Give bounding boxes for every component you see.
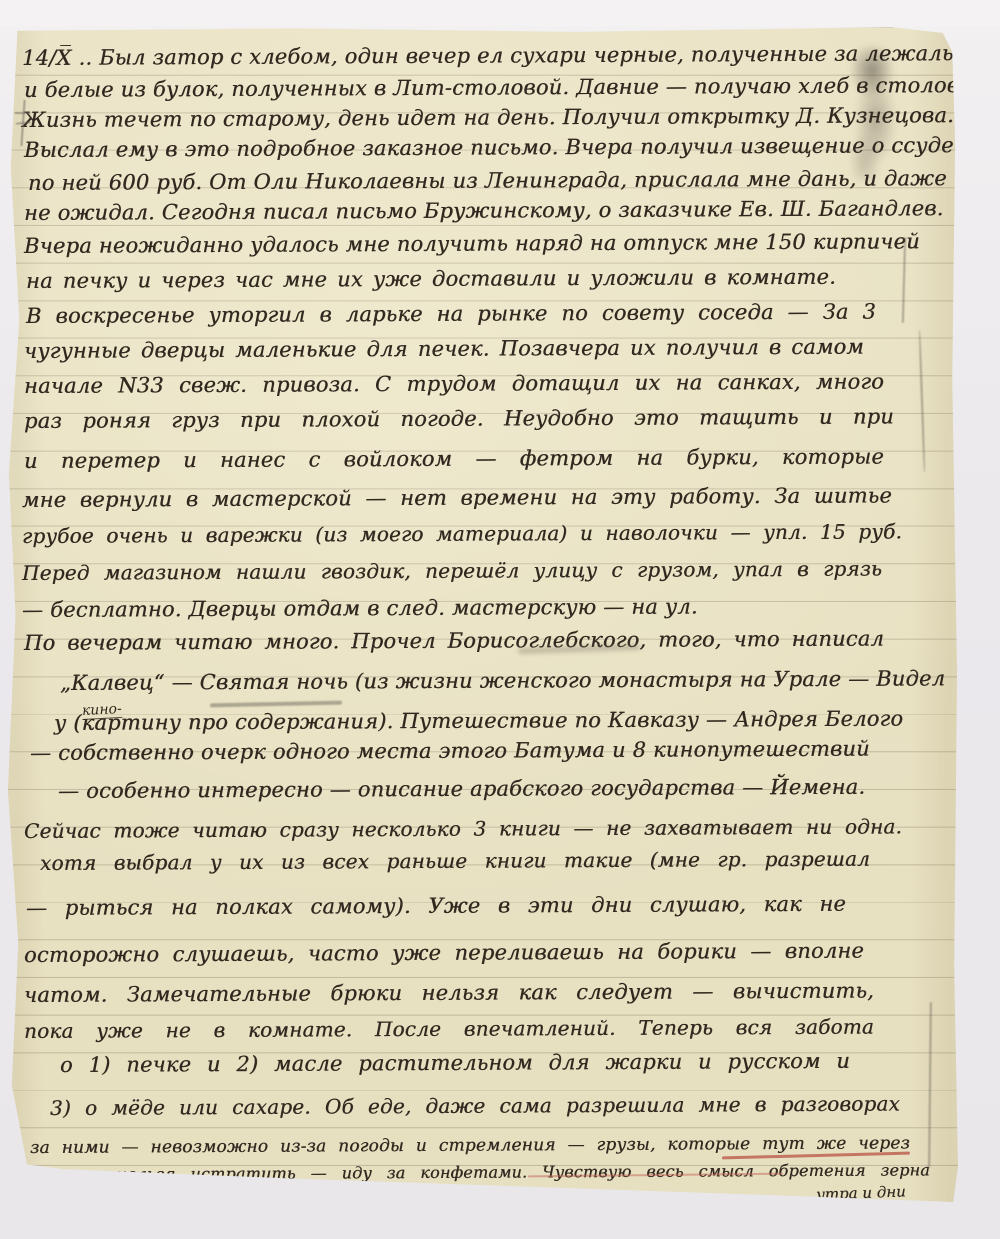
handwritten-line: раз роняя груз при плохой погоде. Неудоб…: [24, 404, 894, 433]
margin-pencil-line-icon: [928, 1002, 932, 1168]
margin-pencil-line-icon: [919, 330, 926, 472]
handwritten-line: не ожидал. Сегодня писал письмо Бружинск…: [24, 196, 886, 225]
handwritten-line: Сейчас тоже читаю сразу несколько 3 книг…: [24, 814, 902, 843]
handwritten-line: 14/X̅ .. Был затор с хлебом, один вечер …: [22, 41, 894, 70]
handwritten-line: на печку и через час мне их уже доставил…: [26, 265, 836, 293]
scanned-diary-page: { "doc": { "kind": "handwritten diary pa…: [0, 0, 1000, 1239]
handwritten-line: осторожно слушаешь, часто уже переливаеш…: [24, 939, 864, 967]
handwritten-line: мне вернули в мастерской — нет времени н…: [22, 483, 892, 512]
handwritten-line: чугунные дверцы маленькие для печек. Поз…: [24, 335, 864, 363]
handwritten-line: по ней 600 руб. От Оли Николаевны из Лен…: [28, 167, 878, 195]
handwritten-line: — рыться на полках самому). Уже в эти дн…: [26, 892, 846, 920]
handwritten-line: пока уже не в комнате. После впечатлений…: [24, 1015, 874, 1043]
handwritten-line: Выслал ему в это подробное заказное пись…: [24, 133, 886, 162]
handwritten-line: — собственно очерк одного места этого Ба…: [30, 737, 860, 765]
handwritten-line: Жизнь течет по старому, день идет на ден…: [22, 103, 902, 132]
handwritten-line: начале N33 свеж. привоза. С трудом дотащ…: [24, 369, 884, 398]
scanner-background-strip: [0, 0, 1000, 26]
handwritten-line: — особенно интересно — описание арабског…: [58, 775, 758, 803]
handwritten-line: грубое очень и варежки (из моего материа…: [22, 519, 902, 548]
handwritten-line: и перетер и нанес с войлоком — фетром на…: [24, 444, 884, 473]
handwritten-line: В воскресенье уторгил в ларьке на рынке …: [26, 300, 876, 328]
handwritten-line: Перед магазином нашли гвоздик, перешёл у…: [22, 556, 882, 585]
pencil-underline: [210, 701, 342, 708]
diary-paper-sheet: 14/X̅ .. Был затор с хлебом, один вечер …: [6, 26, 958, 1202]
handwritten-line: По вечерам читаю много. Прочел Борисогле…: [24, 626, 884, 655]
handwritten-line: и белые из булок, полученных в Лит-столо…: [24, 74, 824, 102]
handwritten-line: у (картину про содержания). Путешествие …: [54, 707, 894, 735]
ink-smear: [836, 46, 908, 181]
handwritten-line: хотя выбрал у их из всех раньше книги та…: [40, 847, 870, 875]
handwritten-line: о 1) печке и 2) масле растительном для ж…: [60, 1049, 850, 1077]
handwritten-line: „Калвец“ — Святая ночь (из жизни женског…: [60, 667, 890, 695]
handwritten-line: чатом. Замечательные брюки нельзя как сл…: [24, 979, 874, 1007]
handwritten-line: 3) о мёде или сахаре. Об еде, даже сама …: [50, 1092, 900, 1120]
handwritten-line: Вчера неожиданно удалось мне получить на…: [24, 230, 864, 258]
handwritten-line: — бесплатно. Дверцы отдам в след. мастер…: [22, 594, 698, 622]
interlinear-insertion-note: кино-: [82, 701, 123, 720]
corner-addition-note: утра и дни: [816, 1182, 906, 1203]
handwritten-line: улицу нельзя истратить — иду за конфетам…: [50, 1160, 930, 1184]
